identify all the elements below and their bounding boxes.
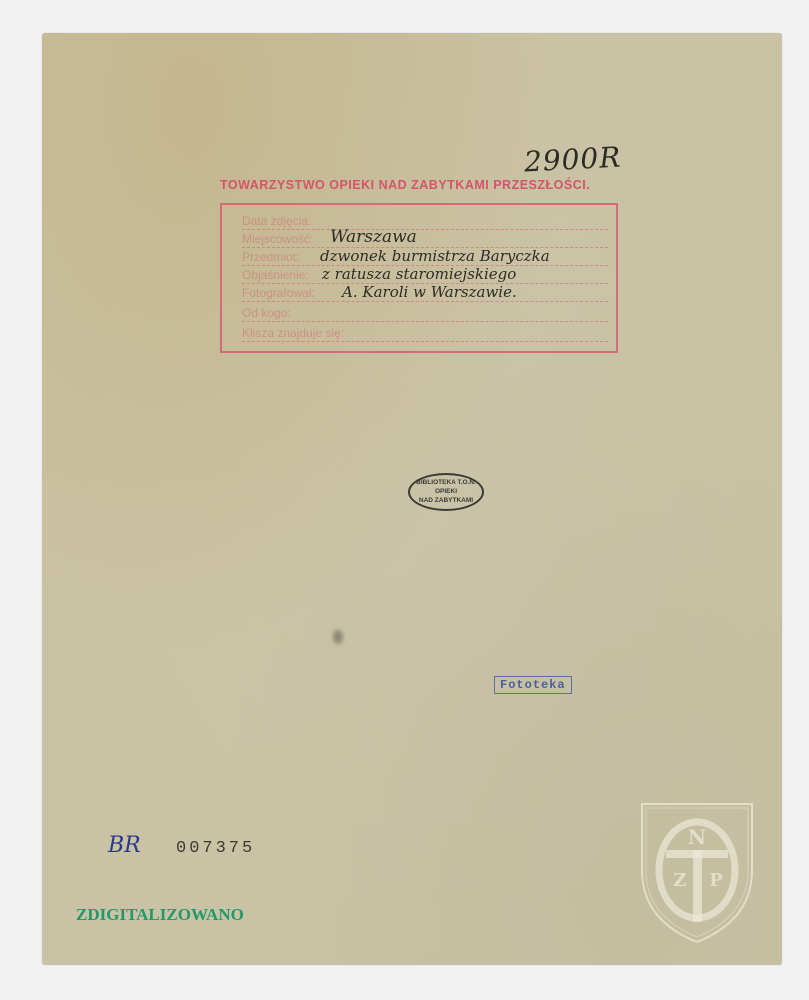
photo-info-form-stamp: Data zdjęcia: Miejscowość: Warszawa Prze… (220, 203, 618, 353)
svg-text:Z: Z (673, 870, 686, 891)
handwritten-catalog-number: 2900R (523, 140, 622, 178)
form-row-photographer: Fotografował: A. Karoli w Warszawie. (242, 281, 608, 302)
digitalized-stamp: ZDIGITALIZOWANO (76, 905, 244, 925)
form-label: Od kogo: (242, 306, 291, 320)
svg-text:P: P (709, 870, 723, 891)
form-label: Fotografował: (242, 286, 315, 300)
tonz-emblem-watermark-icon: N Z P (638, 800, 756, 946)
ink-smudge (333, 630, 343, 644)
form-label: Przedmiot: (242, 250, 299, 264)
society-header-stamp: TOWARZYSTWO OPIEKI NAD ZABYTKAMI PRZESZŁ… (220, 178, 590, 192)
form-row-source: Od kogo: (242, 301, 608, 322)
form-label: Data zdjęcia: (242, 214, 311, 228)
library-oval-stamp: BIBLIOTEKA T.O.N. OPIEKI NAD ZABYTKAMI (408, 473, 484, 511)
faded-stamp-trace: · · · · · · · · · · · · · · · (342, 571, 506, 619)
library-stamp-line3: NAD ZABYTKAMI (410, 496, 482, 505)
library-stamp-line2: OPIEKI (410, 487, 482, 496)
form-label: Klisza znajduje się: (242, 326, 344, 340)
form-row-negative-location: Klisza znajduje się: (242, 321, 608, 342)
archival-photo-card-back: 2900R TOWARZYSTWO OPIEKI NAD ZABYTKAMI P… (42, 33, 782, 965)
form-label: Miejscowość: (242, 232, 313, 246)
library-stamp-line1: BIBLIOTEKA T.O.N. (410, 478, 482, 487)
form-label: Objaśnienie: (242, 268, 309, 282)
fototeka-stamp: Fototeka (494, 676, 572, 694)
form-value: Warszawa (330, 227, 417, 247)
form-value: A. Karoli w Warszawie. (342, 283, 517, 301)
inventory-number-stamp: 007375 (176, 839, 255, 858)
svg-text:N: N (688, 825, 706, 849)
handwritten-br-label: BR (108, 833, 141, 858)
